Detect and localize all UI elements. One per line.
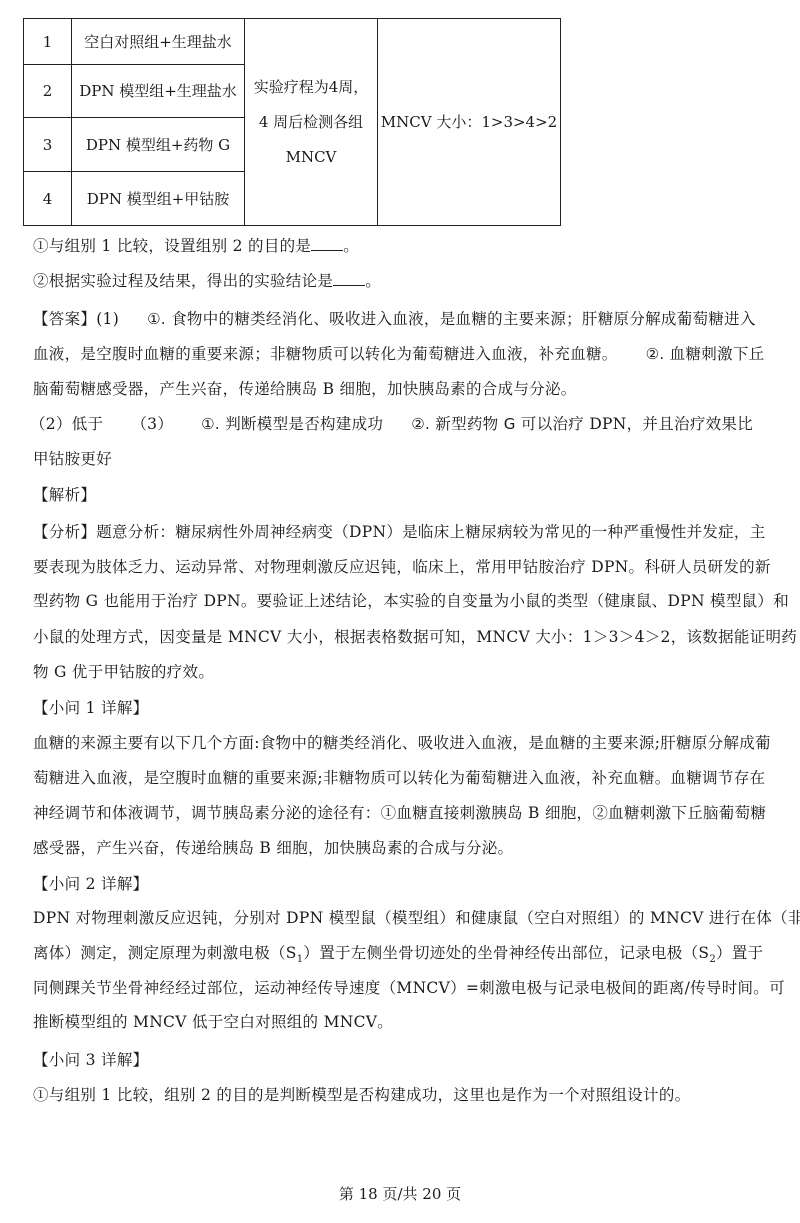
sub1-line: 血糖的来源主要有以下几个方面:食物中的糖类经消化、吸收进入血液，是血糖的主要来源… xyxy=(33,733,773,753)
sub2-line: 同侧踝关节坐骨神经经过部位，运动神经传导速度（MNCV）=刺激电极与记录电极间的… xyxy=(33,978,773,998)
table-row: 1 空白对照组+生理盐水 实验疗程为4周， 4 周后检测各组 MNCV MNCV… xyxy=(24,19,561,65)
answer-line: （2）低于（3）①. 判断模型是否构建成功②. 新型药物 G 可以治疗 DPN，… xyxy=(30,414,770,434)
sub1-line: 感受器，产生兴奋，传递给胰岛 B 细胞，加快胰岛素的合成与分泌。 xyxy=(33,838,773,858)
marker: ②. xyxy=(411,415,430,433)
answer-line: 甲钴胺更好 xyxy=(33,449,773,469)
answer-line: 血液，是空腹时血糖的重要来源；非糖物质可以转化为葡萄糖进入血液，补充血糖。②. … xyxy=(33,344,773,364)
analysis-line: 要表现为肢体乏力、运动异常、对物理刺激反应迟钝，临床上，常用甲钴胺治疗 DPN。… xyxy=(33,557,773,577)
sub2-line: DPN 对物理刺激反应迟钝，分别对 DPN 模型鼠（模型组）和健康鼠（空白对照组… xyxy=(33,908,773,928)
group-number: 3 xyxy=(24,118,72,172)
analysis-line: 【分析】题意分析：糖尿病性外周神经病变（DPN）是临床上糖尿病较为常见的一种严重… xyxy=(33,522,773,542)
marker: ①. xyxy=(201,415,220,433)
group-number: 4 xyxy=(24,172,72,226)
sub2-line: 推断模型组的 MNCV 低于空白对照组的 MNCV。 xyxy=(33,1012,773,1032)
marker: ①. xyxy=(147,310,166,328)
result-cell: MNCV 大小：1>3>4>2 xyxy=(378,19,561,226)
sub1-heading: 【小问 1 详解】 xyxy=(33,698,773,718)
sub1-line: 神经调节和体液调节，调节胰岛素分泌的途径有：①血糖直接刺激胰岛 B 细胞，②血糖… xyxy=(33,803,773,823)
sub2-line: 离体）测定，测定原理为刺激电极（S1）置于左侧坐骨切迹处的坐骨神经传出部位，记录… xyxy=(33,943,773,970)
group-treatment: 空白对照组+生理盐水 xyxy=(72,19,245,65)
answer-line: 【答案】(1)①. 食物中的糖类经消化、吸收进入血液，是血糖的主要来源；肝糖原分… xyxy=(33,309,773,329)
sub3-heading: 【小问 3 详解】 xyxy=(33,1050,773,1070)
experiment-table: 1 空白对照组+生理盐水 实验疗程为4周， 4 周后检测各组 MNCV MNCV… xyxy=(23,18,561,226)
sub1-line: 萄糖进入血液，是空腹时血糖的重要来源;非糖物质可以转化为葡萄糖进入血液，补充血糖… xyxy=(33,768,773,788)
procedure-cell: 实验疗程为4周， 4 周后检测各组 MNCV xyxy=(245,19,378,226)
group-number: 2 xyxy=(24,65,72,118)
group-treatment: DPN 模型组+药物 G xyxy=(72,118,245,172)
question-1: ①与组别 1 比较，设置组别 2 的目的是。 xyxy=(33,236,773,256)
analysis-line: 物 G 优于甲钴胺的疗效。 xyxy=(33,662,773,682)
analysis-heading: 【解析】 xyxy=(33,485,773,505)
analysis-line: 小鼠的处理方式，因变量是 MNCV 大小，根据表格数据可知，MNCV 大小：1＞… xyxy=(33,627,773,647)
answer-label: 【答案】(1) xyxy=(33,310,119,328)
procedure-line: MNCV xyxy=(245,140,377,175)
group-treatment: DPN 模型组+生理盐水 xyxy=(72,65,245,118)
answer-blank xyxy=(311,236,343,251)
marker: ②. xyxy=(646,345,665,363)
sub2-heading: 【小问 2 详解】 xyxy=(33,874,773,894)
answer-line: 脑葡萄糖感受器，产生兴奋，传递给胰岛 B 细胞，加快胰岛素的合成与分泌。 xyxy=(33,379,773,399)
answer-blank xyxy=(333,271,365,286)
page-number: 第 18 页/共 20 页 xyxy=(0,1183,800,1204)
procedure-line: 实验疗程为4周， xyxy=(245,70,377,105)
procedure-line: 4 周后检测各组 xyxy=(245,105,377,140)
question-2: ②根据实验过程及结果，得出的实验结论是。 xyxy=(33,271,773,291)
sub3-line: ①与组别 1 比较，组别 2 的目的是判断模型是否构建成功，这里也是作为一个对照… xyxy=(33,1085,773,1105)
group-treatment: DPN 模型组+甲钴胺 xyxy=(72,172,245,226)
group-number: 1 xyxy=(24,19,72,65)
analysis-line: 型药物 G 也能用于治疗 DPN。要验证上述结论，本实验的自变量为小鼠的类型（健… xyxy=(33,591,773,611)
